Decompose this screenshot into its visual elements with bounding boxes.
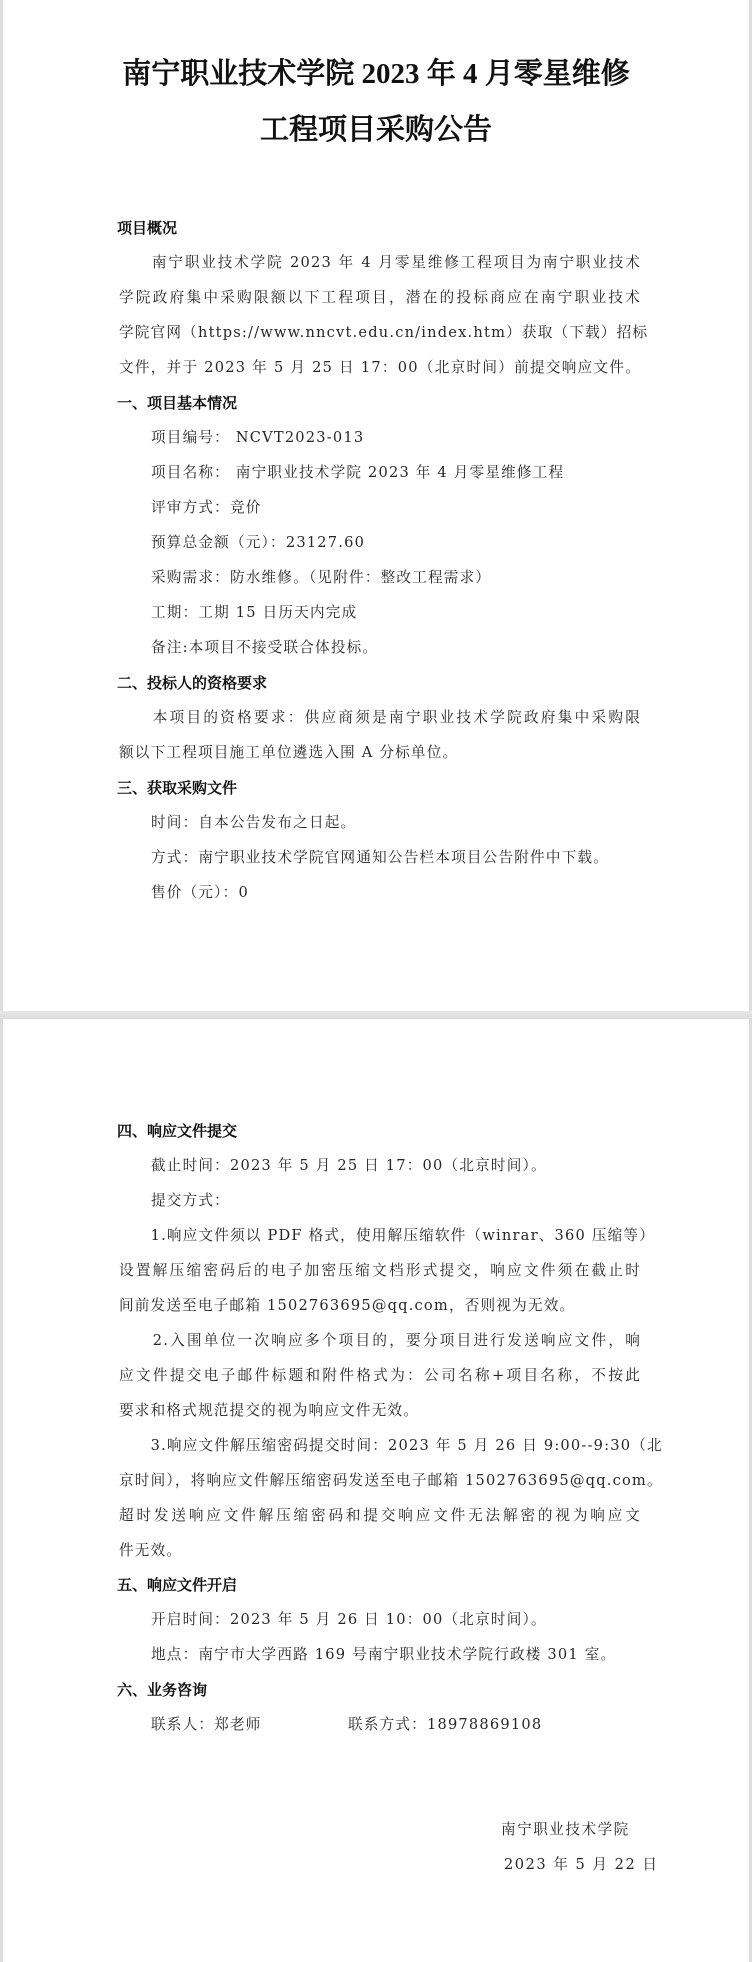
project-number: 项目编号： NCVT2023-013 (151, 427, 364, 449)
opening-time: 开启时间：2023 年 5 月 26 日 10：00（北京时间）。 (151, 1609, 547, 1631)
section-5-heading: 五、响应文件开启 (117, 1574, 237, 1596)
sale-price: 售价（元）：0 (151, 882, 249, 904)
page-separator (0, 1011, 752, 1019)
remarks: 备注:本项目不接受联合体投标。 (151, 637, 378, 659)
signature-date: 2023 年 5 月 22 日 (504, 1854, 658, 1876)
section-1-heading: 一、项目基本情况 (117, 392, 237, 414)
document-title-line-2: 工程项目采购公告 (3, 112, 749, 148)
contact-phone: 联系方式：18978869108 (348, 1714, 542, 1736)
rule-3-line: 3.响应文件解压缩密码提交时间：2023 年 5 月 26 日 9:00--9:… (119, 1435, 641, 1457)
review-method: 评审方式：竞价 (151, 497, 262, 519)
qualification-line: 额以下工程项目施工单位遴选入围 A 分标单位。 (119, 742, 641, 764)
signature-organization: 南宁职业技术学院 (501, 1819, 630, 1841)
rule-2-line: 要求和格式规范提交的视为响应文件无效。 (119, 1400, 641, 1422)
rule-1-line: 1.响应文件须以 PDF 格式，使用解压缩软件（winrar、360 压缩等） (119, 1225, 641, 1247)
qualification-line: 本项目的资格要求：供应商须是南宁职业技术学院政府集中采购限 (119, 707, 641, 729)
submission-deadline: 截止时间：2023 年 5 月 25 日 17：00（北京时间）。 (151, 1155, 547, 1177)
overview-line: 学院政府集中采购限额以下工程项目，潜在的投标商应在南宁职业技术 (119, 287, 641, 309)
obtain-method: 方式：南宁职业技术学院官网通知公告栏本项目公告附件中下载。 (151, 847, 609, 869)
rule-3-line: 京时间），将响应文件解压缩密码发送至电子邮箱 1502763695@qq.com… (119, 1470, 641, 1492)
document-page-1: 南宁职业技术学院 2023 年 4 月零星维修 工程项目采购公告 项目概况 南宁… (3, 0, 749, 1011)
contact-person: 联系人：郑老师 (151, 1714, 262, 1736)
overview-heading: 项目概况 (117, 217, 177, 239)
document-page-2: 四、响应文件提交 截止时间：2023 年 5 月 25 日 17：00（北京时间… (3, 1019, 749, 1962)
document-title-line-1: 南宁职业技术学院 2023 年 4 月零星维修 (3, 56, 749, 92)
rule-2-line: 应文件提交电子邮件标题和附件格式为：公司名称+项目名称，不按此 (119, 1365, 641, 1387)
rule-3-line: 件无效。 (119, 1540, 641, 1562)
budget-amount: 预算总金额（元）：23127.60 (151, 532, 365, 554)
section-4-heading: 四、响应文件提交 (117, 1120, 237, 1142)
procurement-requirement: 采购需求：防水维修。（见附件：整改工程需求） (151, 567, 491, 589)
rule-3-line: 超时发送响应文件解压缩密码和提交响应文件无法解密的视为响应文 (119, 1505, 641, 1527)
overview-line: 南宁职业技术学院 2023 年 4 月零星维修工程项目为南宁职业技术 (119, 252, 641, 274)
rule-1-line: 间前发送至电子邮箱 1502763695@qq.com，否则视为无效。 (119, 1295, 641, 1317)
overview-line: 学院官网（https://www.nncvt.edu.cn/index.htm）… (119, 322, 641, 344)
rule-2-line: 2.入围单位一次响应多个项目的，要分项目进行发送响应文件，响 (119, 1330, 641, 1352)
opening-location: 地点：南宁市大学西路 169 号南宁职业技术学院行政楼 301 室。 (151, 1644, 616, 1666)
construction-period: 工期：工期 15 日历天内完成 (151, 602, 357, 624)
section-3-heading: 三、获取采购文件 (117, 777, 237, 799)
submission-method-label: 提交方式： (151, 1190, 230, 1212)
obtain-time: 时间：自本公告发布之日起。 (151, 812, 356, 834)
section-6-heading: 六、业务咨询 (117, 1679, 207, 1701)
overview-line: 文件，并于 2023 年 5 月 25 日 17：00（北京时间）前提交响应文件… (119, 357, 641, 379)
rule-1-line: 设置解压缩密码后的电子加密压缩文档形式提交，响应文件须在截止时 (119, 1260, 641, 1282)
section-2-heading: 二、投标人的资格要求 (117, 672, 267, 694)
project-name: 项目名称： 南宁职业技术学院 2023 年 4 月零星维修工程 (151, 462, 564, 484)
